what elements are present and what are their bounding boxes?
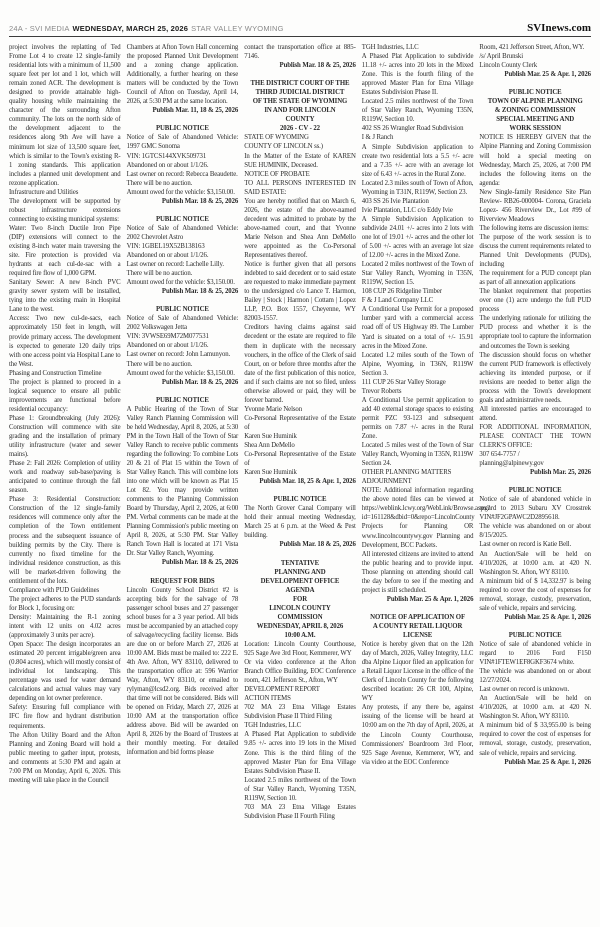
notice-paragraph: NOTICE OF PROBATE [244, 170, 356, 179]
notice-paragraph: Projects for Planning OR www.lincolncoun… [362, 522, 474, 549]
notice-paragraph: Notice of Sale of Abandoned Vehicle: 200… [127, 224, 239, 242]
notice-paragraph: The project adheres to the PUD standards… [9, 595, 121, 613]
notice-paragraph: You are hereby notified that on March 6,… [244, 197, 356, 260]
notice-columns: project involves the replatting of Ted F… [9, 43, 591, 903]
notice-paragraph: Phase 1: Groundbreaking (July 2026): Con… [9, 414, 121, 459]
notice-paragraph: In the Matter of the Estate of KAREN SUE… [244, 152, 356, 170]
notice-paragraph: Chambers at Afton Town Hall concerning t… [127, 43, 239, 106]
notice-column-4: TGH Industries, LLCA Phased Plat Applica… [362, 43, 474, 903]
notice-paragraph: Water: Two 8-inch Ductile Iron Pipe (DIP… [9, 224, 121, 278]
notice-paragraph: Notice of Sale of Abandoned Vehicle: 200… [127, 314, 239, 332]
notice-paragraph: Lincoln County School District #2 is acc… [127, 586, 239, 758]
notice-paragraph: Notice is hereby given that on the 12th … [362, 640, 474, 703]
region-label: STAR VALLEY WYOMING [191, 24, 284, 33]
notice-paragraph: A Public Hearing of the Town of Star Val… [127, 405, 239, 559]
notice-paragraph: Located 2.5 miles northwest of the Town … [362, 97, 474, 124]
notice-paragraph: Location: Lincoln County Courthouse, 925… [244, 640, 356, 658]
notice-paragraph: Compliance with PUD Guidelines [9, 586, 121, 595]
notice-paragraph: The underlying rationale for utilizing t… [479, 314, 591, 350]
notice-paragraph: Last owner on record is unknown. [479, 685, 591, 694]
notice-paragraph: A Phased Plat Application to subdivide 9… [244, 730, 356, 775]
notice-paragraph: Last owner on record: Lachelle Lilly. [127, 260, 239, 269]
notice-paragraph: Density: Maintaining the R-1 zoning inte… [9, 613, 121, 640]
notice-paragraph: Infrastructure and Utilities [9, 188, 121, 197]
notice-heading: PUBLIC NOTICE [127, 215, 239, 224]
notice-paragraph: The development will be supported by rob… [9, 197, 121, 224]
issue-date: WEDNESDAY, MARCH 25, 2026 [73, 24, 189, 33]
publish-line: Publish Mar. 18 & 25, 2026 [127, 558, 239, 567]
notice-paragraph: Or via video conference at the Afton Bra… [244, 658, 356, 685]
publish-line: Publish Mar. 18 & 25, 2026 [244, 540, 356, 549]
notice-paragraph: Abandoned on or about 1/1/26. [127, 251, 239, 260]
notice-paragraph: project involves the replatting of Ted F… [9, 43, 121, 188]
newspaper-page: { "page": { "edition": "24A - SVI MEDIA"… [0, 0, 600, 927]
notice-paragraph: Located .5 miles west of the Town of Sta… [362, 441, 474, 468]
notice-paragraph: OTHER PLANNING MATTERS [362, 468, 474, 477]
publish-line: Publish Mar. 18 & 25, 2026 [127, 287, 239, 296]
notice-paragraph: The discussion should focus on whether t… [479, 351, 591, 405]
notice-paragraph: There will be no auction. [127, 179, 239, 188]
notice-paragraph: The purpose of the work session is to di… [479, 233, 591, 269]
notice-paragraph: Last owner on record is Katie Bell. [479, 540, 591, 549]
notice-paragraph: Phase 2: Fall 2026: Completion of utilit… [9, 459, 121, 495]
publish-line: Publish Mar. 25 & Apr. 1, 2026 [479, 70, 591, 79]
notice-paragraph: FOR ADDITIONAL INFORMATION, PLEASE CONTA… [479, 423, 591, 450]
notice-paragraph: Located 1.2 miles south of the Town of A… [362, 351, 474, 378]
notice-paragraph: Last owner on record: Rebecca Beaudette. [127, 170, 239, 179]
notice-paragraph: Located 2.3 miles south of Town of Afton… [362, 179, 474, 197]
notice-paragraph: /s/ April Brunski [479, 52, 591, 61]
notice-paragraph: Access: Two new cul-de-sacs, each approx… [9, 314, 121, 368]
notice-paragraph: Amount owed for the vehicle: $3,150.00. [127, 188, 239, 197]
notice-paragraph: COUNTY OF LINCOLN ss.) [244, 142, 356, 151]
notice-paragraph: Trevor Roberts [362, 387, 474, 396]
notice-paragraph: Notice of Sale of Abandoned Vehicle: 199… [127, 133, 239, 151]
notice-heading: NOTICE OF APPLICATION OF A COUNTY RETAIL… [362, 613, 474, 640]
notice-paragraph: The Afton Utility Board and the Afton Pl… [9, 731, 121, 785]
notice-paragraph: VIN: 1GTCS144XVK509731 [127, 152, 239, 161]
notice-heading: PUBLIC NOTICE [127, 396, 239, 405]
notice-paragraph: Located 2.5 miles northwest of the Town … [244, 776, 356, 803]
notice-paragraph: NOTE: Additional information regarding t… [362, 486, 474, 522]
notice-paragraph: I & J Ranch [362, 133, 474, 142]
notice-paragraph: Open Space: The design incorporates an e… [9, 640, 121, 703]
publish-line: Publish Mar. 25 & Apr. 1, 2026 [362, 595, 474, 604]
notice-paragraph: All interested citizens are invited to a… [362, 550, 474, 595]
notice-paragraph: There will be no auction. [127, 360, 239, 369]
notice-paragraph: A minimum bid of $ 33,955.00 is being re… [479, 721, 591, 757]
notice-paragraph: DEVELOPMENT REPORT [244, 685, 356, 694]
notice-heading: PUBLIC NOTICE [127, 305, 239, 314]
notice-paragraph: Ivie Plantation, LLC c/o Eddy Ivie [362, 206, 474, 215]
notice-paragraph: Phasing and Construction Timeline [9, 369, 121, 378]
notice-paragraph: All interested parties are encouraged to… [479, 405, 591, 423]
notice-heading: PUBLIC NOTICE [244, 495, 356, 504]
notice-paragraph: TGH Industries, LLC [362, 43, 474, 52]
notice-paragraph: The vehicle was abandoned on or about 12… [479, 667, 591, 685]
notice-paragraph: TO ALL PERSONS INTERESTED IN SAID ESTATE… [244, 179, 356, 197]
notice-paragraph: ADJOURNMENT [362, 477, 474, 486]
notice-paragraph: Phase 3: Residential Construction: Const… [9, 495, 121, 585]
notice-paragraph: VIN: 1GBEL19X52B138163 [127, 242, 239, 251]
notice-paragraph: 403 SS 26 Ivie Plantation [362, 197, 474, 206]
masthead: 24A - SVI MEDIAWEDNESDAY, MARCH 25, 2026… [9, 22, 591, 34]
notice-paragraph: Abandoned on or about 1/1/26. [127, 341, 239, 350]
notice-paragraph: Last owner on record: John Lamunyon. [127, 350, 239, 359]
masthead-left: 24A - SVI MEDIAWEDNESDAY, MARCH 25, 2026… [9, 24, 284, 33]
notice-paragraph: The North Grover Canal Company will hold… [244, 504, 356, 540]
notice-paragraph: 703 MA 23 Etna Village Estates Subdivisi… [244, 803, 356, 821]
notice-paragraph: contact the transportation office at 885… [244, 43, 356, 61]
notice-paragraph: TGH Industries, LLC [244, 721, 356, 730]
notice-paragraph: A Conditional Use Permit for a proposed … [362, 305, 474, 350]
publish-line: Publish Mar. 18 & 25, 2026 [127, 197, 239, 206]
notice-paragraph: 108 CUP 26 Ridgeline Timber [362, 287, 474, 296]
publish-line: Publish Mar. 18 & 25, 2026 [127, 378, 239, 387]
notice-paragraph: Amount owed for the vehicle: $3,150.00. [127, 369, 239, 378]
notice-paragraph: Yvonne Marie Nelson [244, 405, 356, 414]
site-name: SVInews.com [527, 22, 591, 34]
notice-paragraph: 307 654-7757 / [479, 450, 591, 459]
notice-paragraph: Amount owed for the vehicle: $3,150.00. [127, 278, 239, 287]
notice-column-5: Room, 421 Jefferson Street, Afton, WY./s… [479, 43, 591, 903]
masthead-divider-rule [9, 36, 591, 37]
publish-line: Publish Mar. 25 & Apr. 1, 2026 [479, 613, 591, 622]
notice-paragraph: Karen Sue Huminik [244, 468, 356, 477]
notice-paragraph: Shea Ann DeMello [244, 441, 356, 450]
notice-paragraph: Located 2 miles northwest of the Town of… [362, 260, 474, 287]
notice-paragraph: 402 SS 26 Wrangler Road Subdivision [362, 124, 474, 133]
publish-line: Publish Mar. 25, 2026 [479, 468, 591, 477]
notice-paragraph: F & J Land Company LLC [362, 296, 474, 305]
notice-paragraph: Any protests, if any there be, against i… [362, 703, 474, 766]
notice-heading: REQUEST FOR BIDS [127, 577, 239, 586]
notice-heading: PUBLIC NOTICE [479, 631, 591, 640]
notice-heading: PUBLIC NOTICE [479, 486, 591, 495]
notice-heading: TENTATIVE PLANNING AND DEVELOPMENT OFFIC… [244, 559, 356, 640]
notice-paragraph: VIN: 3VWSE69M72M077531 [127, 332, 239, 341]
page-number-edition: 24A - SVI MEDIA [9, 24, 70, 33]
notice-paragraph: The requirement for a PUD concept plan a… [479, 269, 591, 287]
notice-paragraph: The blanket requirement that properties … [479, 287, 591, 314]
notice-paragraph: Abandoned on or about 1/1/26. [127, 161, 239, 170]
notice-column-1: project involves the replatting of Ted F… [9, 43, 121, 903]
notice-paragraph: A Phased Plat Application to subdivide 1… [362, 52, 474, 97]
notice-paragraph: Lincoln County Clerk [479, 61, 591, 70]
notice-paragraph: Creditors having claims against said dec… [244, 323, 356, 404]
notice-paragraph: A Simple Subdivision application to crea… [362, 143, 474, 179]
notice-paragraph: There will be no auction. [127, 269, 239, 278]
notice-paragraph: Co-Personal Representative of the Estate… [244, 414, 356, 432]
notice-paragraph: Notice is further given that all persons… [244, 260, 356, 323]
notice-paragraph: The following items are discussion items… [479, 224, 591, 233]
notice-paragraph: The project is planned to proceed in a l… [9, 378, 121, 414]
notice-column-2: Chambers at Afton Town Hall concerning t… [127, 43, 239, 903]
notice-paragraph: An Auction/Sale will be held on 4/10/202… [479, 694, 591, 721]
notice-heading: PUBLIC NOTICE [127, 124, 239, 133]
notice-paragraph: A Simple Subdivision Application to subd… [362, 215, 474, 260]
notice-paragraph: planning@alpinewy.gov [479, 459, 591, 468]
notice-paragraph: STATE OF WYOMING [244, 133, 356, 142]
notice-paragraph: NOTICE IS HEREBY GIVEN that the Alpine P… [479, 133, 591, 187]
notice-heading: PUBLIC NOTICE TOWN OF ALPINE PLANNING & … [479, 88, 591, 133]
notice-column-3: contact the transportation office at 885… [244, 43, 356, 903]
notice-paragraph: Notice of sale of abandoned vehicle in r… [479, 640, 591, 667]
publish-line: Publish Mar. 11, 18 & 25, 2026 [127, 106, 239, 115]
notice-paragraph: Co-Personal Representative of the Estate… [244, 450, 356, 468]
notice-paragraph: New Single-family Residence Site Plan Re… [479, 188, 591, 224]
notice-paragraph: Room, 421 Jefferson Street, Afton, WY. [479, 43, 591, 52]
publish-line: Publish Mar. 18 & 25, 2026 [244, 61, 356, 70]
notice-heading: THE DISTRICT COURT OF THE THIRD JUDICIAL… [244, 79, 356, 133]
notice-paragraph: A minimum bid of $ 14,332.97 is being re… [479, 577, 591, 613]
notice-paragraph: Sanitary Sewer: A new 8-inch PVC gravity… [9, 278, 121, 314]
notice-paragraph: 702 MA 23 Etna Village Estates Subdivisi… [244, 703, 356, 721]
notice-paragraph: An Auction/Sale will be held on 4/10/202… [479, 550, 591, 577]
publish-line: Publish Mar. 18, 25 & Apr. 1, 2026 [244, 477, 356, 486]
notice-paragraph: Karen Sue Huminik [244, 432, 356, 441]
notice-paragraph: ACTION ITEMS [244, 694, 356, 703]
notice-paragraph: A Conditional Use permit application to … [362, 396, 474, 441]
notice-paragraph: Safety: Ensuring full compliance with IF… [9, 703, 121, 730]
notice-paragraph: 111 CUP 26 Star Valley Storage [362, 378, 474, 387]
notice-paragraph: Notice of sale of abandoned vehicle in r… [479, 495, 591, 522]
publish-line: Publish Mar. 25 & Apr. 1, 2026 [479, 758, 591, 767]
notice-paragraph: The vehicle was abandoned on or about 8/… [479, 522, 591, 540]
